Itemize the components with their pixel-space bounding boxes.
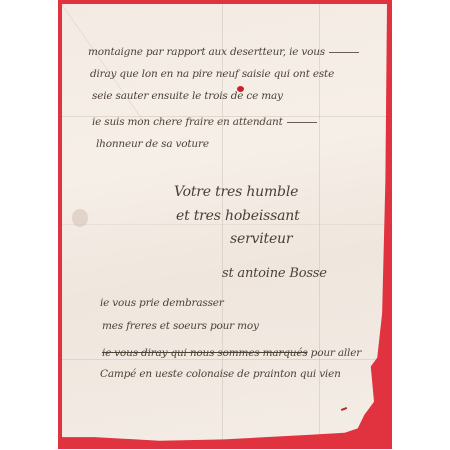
closing-line-1: Votre tres humble (174, 184, 298, 200)
letter-line-5: lhonneur de sa voture (96, 138, 209, 150)
closing-line-2: et tres hobeissant (176, 208, 300, 224)
final-line-2: Campé en ueste colonaise de prainton qui… (100, 368, 341, 380)
signature: st antoine Bosse (222, 266, 327, 281)
fold-line (62, 224, 387, 225)
letter-line-2: diray que lon en na pire neuf saisie qui… (90, 68, 334, 80)
letter-line-3: seie sauter ensuite le trois de ce may (92, 90, 283, 102)
closing-line-3: serviteur (230, 231, 292, 247)
flourish-dash (329, 52, 359, 53)
line-text: ie suis mon chere fraire en attendant (92, 116, 283, 128)
paper-stain (72, 209, 88, 227)
final-line-1: ie vous diray qui nous sommes marqués po… (102, 347, 361, 359)
letter-line-4: ie suis mon chere fraire en attendant (92, 116, 317, 128)
document-viewer: montaigne par rapport aux desertteur, ie… (0, 0, 450, 450)
postscript-line-2: mes freres et soeurs pour moy (102, 320, 259, 332)
fold-line (62, 359, 387, 360)
struck-text: ie vous diray qui nous sommes marqués (102, 347, 308, 359)
letter-line-1: montaigne par rapport aux desertteur, ie… (88, 46, 359, 58)
line-text: pour aller (311, 347, 361, 359)
line-text: montaigne par rapport aux desertteur, ie… (88, 46, 325, 58)
flourish-dash (287, 122, 317, 123)
red-ink-mark (341, 407, 347, 411)
postscript-line-1: ie vous prie dembrasser (100, 297, 224, 309)
letter-paper: montaigne par rapport aux desertteur, ie… (62, 4, 387, 446)
